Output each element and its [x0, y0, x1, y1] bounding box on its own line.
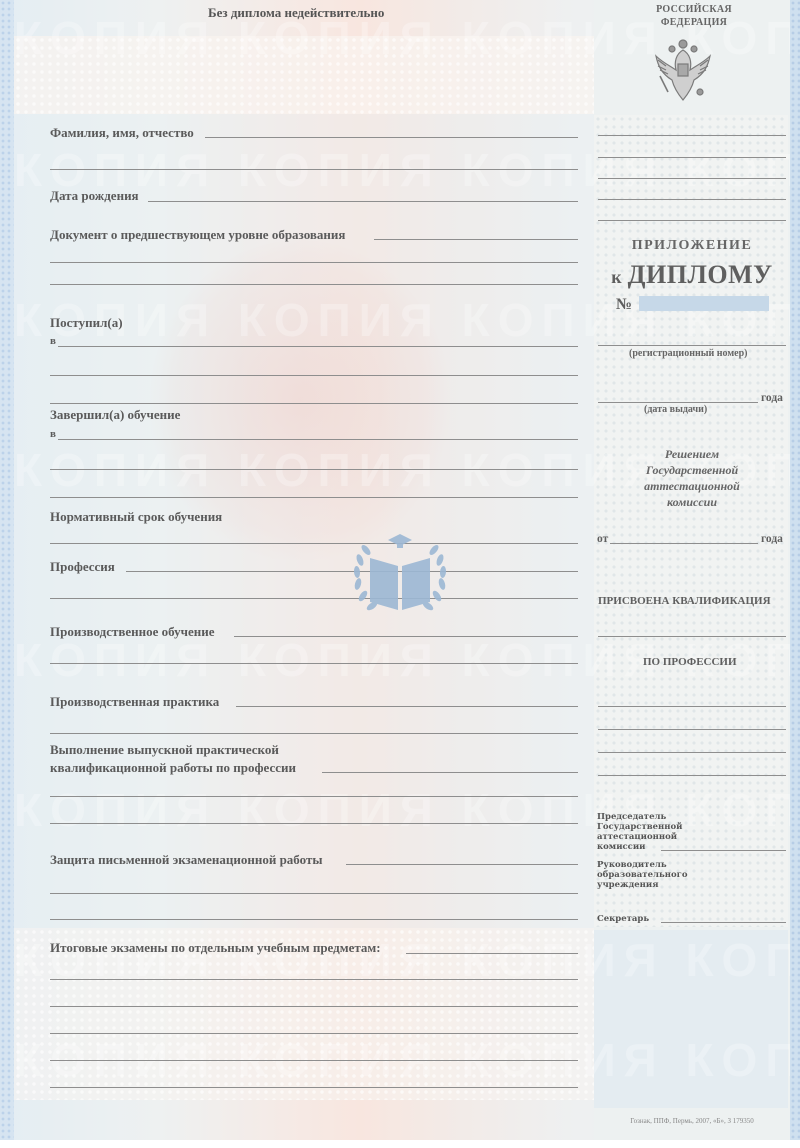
full-name-line-2[interactable]	[50, 169, 578, 170]
decision-line-4: комиссии	[594, 494, 790, 510]
coat-of-arms-icon	[652, 36, 714, 104]
label-completed-prefix: в	[50, 428, 56, 440]
prev-education-line-3[interactable]	[50, 284, 578, 285]
right-line-5[interactable]	[598, 220, 786, 221]
label-enrolled-prefix: в	[50, 335, 56, 347]
final-work-line[interactable]	[322, 772, 578, 773]
diploma-word: ДИПЛОМУ	[628, 260, 773, 289]
completed-line-2[interactable]	[50, 469, 578, 470]
supplement-title: ПРИЛОЖЕНИЕ	[594, 238, 790, 254]
right-profession-line-2[interactable]	[598, 729, 786, 730]
term-line[interactable]	[50, 543, 578, 544]
final-work-line-3[interactable]	[50, 823, 578, 824]
decision-year-word: года	[761, 533, 783, 545]
number-sign: №	[616, 296, 632, 314]
chairman-line-1: Председатель	[597, 812, 682, 822]
decision-date-line[interactable]	[610, 543, 758, 544]
director-line-2: образовательного	[597, 870, 688, 880]
issue-year-word: года	[761, 392, 783, 404]
secretary-signature-line[interactable]	[661, 922, 786, 923]
header-note: Без диплома недействительно	[208, 5, 384, 21]
from-word: от	[597, 533, 608, 545]
chairman-line-3: аттестационной	[597, 832, 682, 842]
final-exams-line-2[interactable]	[50, 979, 578, 980]
right-line-4[interactable]	[598, 199, 786, 200]
issue-date-line[interactable]	[598, 402, 758, 403]
label-completed: Завершил(а) обучение	[50, 407, 180, 423]
chairman-label: Председатель Государственной аттестацион…	[597, 812, 682, 852]
watermark-text: КОПИЯ КОПИЯ КОПИЯ КОПИЯ КОПИЯ КОПИЯ КОПИ…	[14, 150, 790, 190]
decision-line-3: аттестационной	[594, 478, 790, 494]
reg-number-line[interactable]	[598, 345, 786, 346]
secretary-label: Секретарь	[597, 914, 649, 924]
completed-line[interactable]	[58, 439, 578, 440]
enrolled-line-3[interactable]	[50, 403, 578, 404]
chairman-signature-line[interactable]	[661, 850, 786, 851]
enrolled-line[interactable]	[58, 346, 578, 347]
right-profession-line-1[interactable]	[598, 706, 786, 707]
final-exams-line-4[interactable]	[50, 1033, 578, 1034]
label-industrial-practice: Производственная практика	[50, 694, 219, 710]
industrial-training-line-2[interactable]	[50, 663, 578, 664]
written-exam-line[interactable]	[346, 864, 578, 865]
final-exams-line[interactable]	[406, 953, 578, 954]
to-diploma-title: кДИПЛОМУ	[594, 260, 790, 290]
prev-education-line-2[interactable]	[50, 262, 578, 263]
right-line-1[interactable]	[598, 135, 786, 136]
prev-education-line[interactable]	[374, 239, 578, 240]
industrial-practice-line-2[interactable]	[50, 733, 578, 734]
label-profession: Профессия	[50, 559, 115, 575]
decision-line-2: Государственной	[594, 462, 790, 478]
final-exams-line-3[interactable]	[50, 1006, 578, 1007]
education-book-laurel-icon	[348, 530, 452, 620]
profession-line-2[interactable]	[50, 598, 578, 599]
decision-line-1: Решением	[594, 446, 790, 462]
label-enrolled: Поступил(а)	[50, 315, 123, 331]
right-profession-line-4[interactable]	[598, 775, 786, 776]
chairman-line-2: Государственной	[597, 822, 682, 832]
qualification-label: ПРИСВОЕНА КВАЛИФИКАЦИЯ	[598, 595, 771, 607]
label-term: Нормативный срок обучения	[50, 509, 222, 525]
printer-note: Гознак, ППФ, Пермь, 2007, «Б», З 179350	[594, 1117, 790, 1125]
country-name: РОССИЙСКАЯ ФЕДЕРАЦИЯ	[594, 3, 794, 29]
reg-number-caption: (регистрационный номер)	[629, 348, 748, 359]
label-final-work-1: Выполнение выпускной практической	[50, 742, 279, 758]
right-line-3[interactable]	[598, 178, 786, 179]
label-final-exams: Итоговые экзамены по отдельным учебным п…	[50, 940, 381, 956]
right-line-2[interactable]	[598, 157, 786, 158]
to-word: к	[611, 267, 621, 287]
birth-date-line[interactable]	[148, 201, 578, 202]
label-birth-date: Дата рождения	[50, 188, 139, 204]
director-label: Руководитель образовательного учреждения	[597, 860, 688, 890]
qualification-line[interactable]	[598, 636, 786, 637]
label-final-work-2: квалификационной работы по профессии	[50, 760, 296, 776]
left-security-border	[0, 0, 14, 1140]
enrolled-line-2[interactable]	[50, 375, 578, 376]
written-exam-line-3[interactable]	[50, 919, 578, 920]
right-profession-line-3[interactable]	[598, 752, 786, 753]
right-security-border	[790, 0, 800, 1140]
label-prev-education: Документ о предшествующем уровне образов…	[50, 227, 345, 243]
country-line-1: РОССИЙСКАЯ	[594, 3, 794, 16]
full-name-line[interactable]	[205, 137, 578, 138]
final-exams-line-5[interactable]	[50, 1060, 578, 1061]
completed-line-3[interactable]	[50, 497, 578, 498]
director-line-1: Руководитель	[597, 860, 688, 870]
diploma-supplement-sheet: КОПИЯ КОПИЯ КОПИЯ КОПИЯ КОПИЯ КОПИЯ КОПИ…	[0, 0, 800, 1140]
label-full-name: Фамилия, имя, отчество	[50, 125, 194, 141]
country-line-2: ФЕДЕРАЦИЯ	[594, 16, 794, 29]
written-exam-line-2[interactable]	[50, 893, 578, 894]
profession-label: ПО ПРОФЕССИИ	[643, 656, 737, 668]
final-exams-line-6[interactable]	[50, 1087, 578, 1088]
commission-decision: Решением Государственной аттестационной …	[594, 446, 790, 510]
diploma-number-field[interactable]	[639, 296, 769, 311]
secretary-line-1: Секретарь	[597, 914, 649, 924]
issue-date-caption: (дата выдачи)	[644, 404, 707, 415]
industrial-practice-line[interactable]	[236, 706, 578, 707]
director-line-3: учреждения	[597, 880, 688, 890]
final-work-line-2[interactable]	[50, 796, 578, 797]
label-written-exam: Защита письменной экзаменационной работы	[50, 852, 323, 868]
label-industrial-training: Производственное обучение	[50, 624, 215, 640]
industrial-training-line[interactable]	[234, 636, 578, 637]
